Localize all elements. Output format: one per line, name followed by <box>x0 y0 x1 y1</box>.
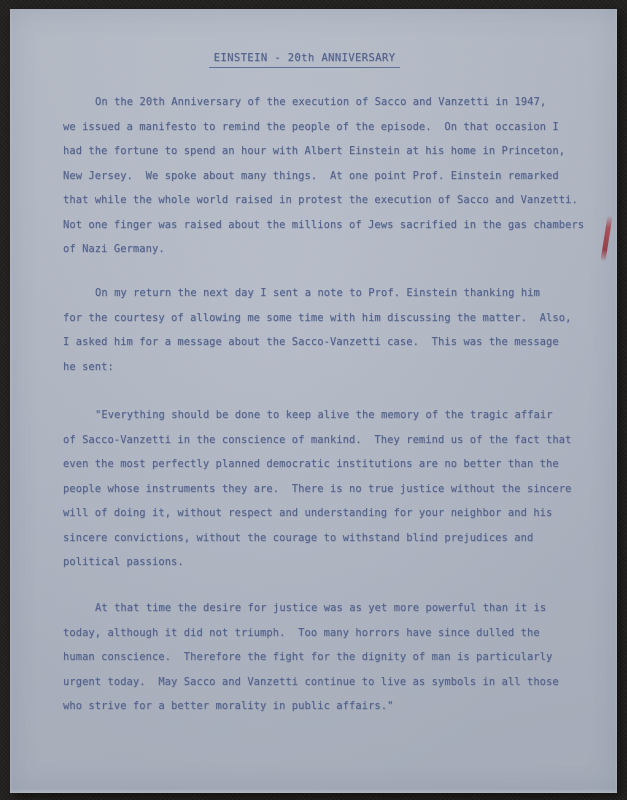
text-line: sincere convictions, without the courage… <box>63 526 603 551</box>
photo-background: EINSTEIN - 20th ANNIVERSARY On the 20th … <box>0 0 627 800</box>
text-line: today, although it did not triumph. Too … <box>63 621 603 646</box>
text-line: people whose instruments they are. There… <box>63 477 603 502</box>
document-page: EINSTEIN - 20th ANNIVERSARY On the 20th … <box>10 9 617 793</box>
paragraph-1: On the 20th Anniversary of the execution… <box>63 90 603 262</box>
text-line: I asked him for a message about the Sacc… <box>63 330 603 355</box>
text-line: who strive for a better morality in publ… <box>63 694 603 719</box>
text-line: On my return the next day I sent a note … <box>63 281 603 306</box>
text-line: "Everything should be done to keep alive… <box>63 403 603 428</box>
page-title-text: EINSTEIN - 20th ANNIVERSARY <box>209 52 401 68</box>
text-line: At that time the desire for justice was … <box>63 596 603 621</box>
text-line: political passions. <box>63 550 603 575</box>
text-line: for the courtesy of allowing me some tim… <box>63 306 603 331</box>
text-line: even the most perfectly planned democrat… <box>63 452 603 477</box>
paragraph-2: On my return the next day I sent a note … <box>63 281 603 379</box>
text-line: had the fortune to spend an hour with Al… <box>63 139 603 164</box>
paragraph-4: At that time the desire for justice was … <box>63 596 603 719</box>
text-line: urgent today. May Sacco and Vanzetti con… <box>63 670 603 695</box>
text-line: Not one finger was raised about the mill… <box>63 213 603 238</box>
text-line: that while the whole world raised in pro… <box>63 188 603 213</box>
text-line: we issued a manifesto to remind the peop… <box>63 115 603 140</box>
text-line: he sent: <box>63 355 603 380</box>
text-line: will of doing it, without respect and un… <box>63 501 603 526</box>
text-line: New Jersey. We spoke about many things. … <box>63 164 603 189</box>
text-line: human conscience. Therefore the fight fo… <box>63 645 603 670</box>
paragraph-3-quote: "Everything should be done to keep alive… <box>63 403 603 575</box>
page-title: EINSTEIN - 20th ANNIVERSARY <box>1 50 608 66</box>
text-line: On the 20th Anniversary of the execution… <box>63 90 603 115</box>
text-line: of Sacco-Vanzetti in the conscience of m… <box>63 428 603 453</box>
text-line: of Nazi Germany. <box>63 237 603 262</box>
